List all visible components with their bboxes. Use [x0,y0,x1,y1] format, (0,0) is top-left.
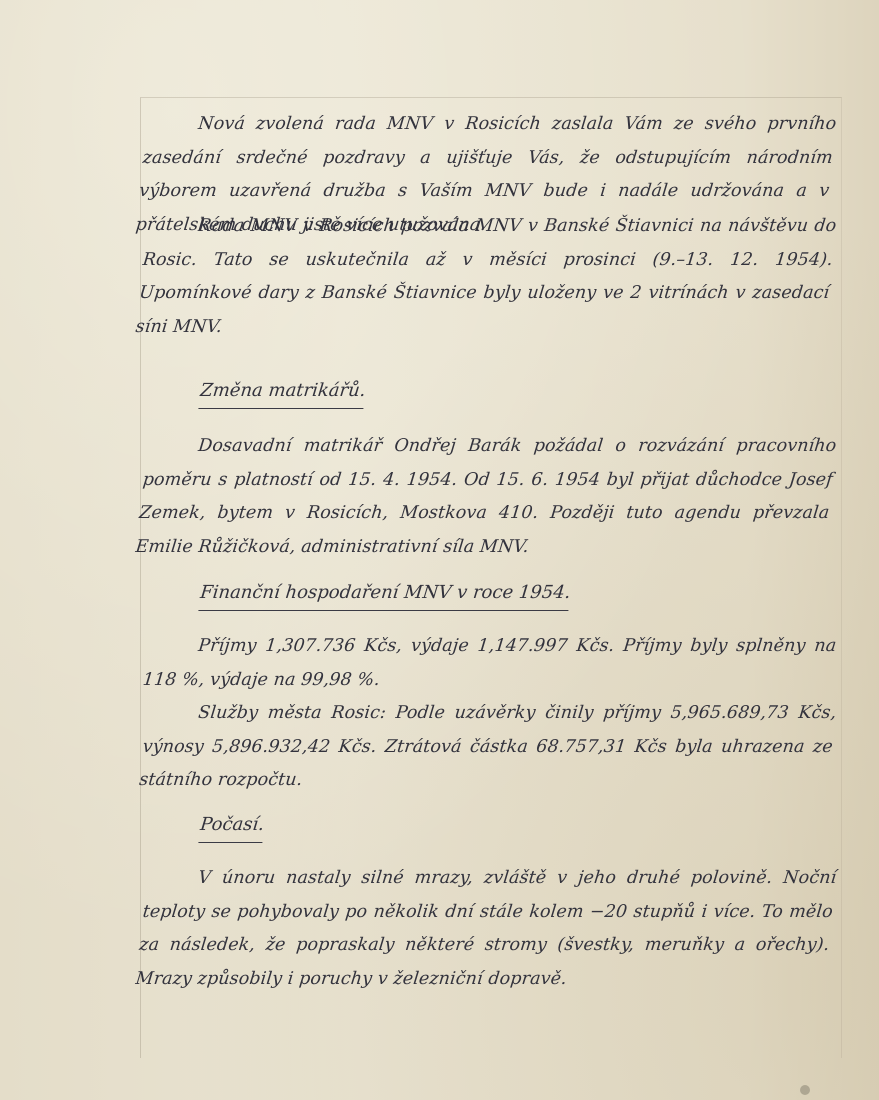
section-finance-income: Příjmy 1,307.736 Kčs, výdaje 1,147.997 K… [148,630,838,697]
paragraph-town-services: Služby města Rosic: Podle uzávěrky činil… [137,697,838,798]
paragraph-weather: V únoru nastaly silné mrazy, zvláště v j… [134,862,838,996]
section-registrars: Dosavadní matrikář Ondřej Barák požádal … [148,430,838,564]
heading-registrars: Změna matrikářů. [198,378,366,409]
heading-weather: Počasí. [198,812,265,843]
paragraph-registrars: Dosavadní matrikář Ondřej Barák požádal … [134,430,838,564]
heading-finance: Finanční hospodaření MNV v roce 1954. [198,580,571,611]
section-visit: Rada MNV v Rosicích pozvala MNV v Banské… [148,210,838,344]
paper-stain [800,1085,810,1095]
section-town-services: Služby města Rosic: Podle uzávěrky činil… [148,697,838,798]
paragraph-visit: Rada MNV v Rosicích pozvala MNV v Banské… [134,210,838,344]
paragraph-finance-income: Příjmy 1,307.736 Kčs, výdaje 1,147.997 K… [141,630,838,697]
section-weather: V únoru nastaly silné mrazy, zvláště v j… [148,862,838,996]
